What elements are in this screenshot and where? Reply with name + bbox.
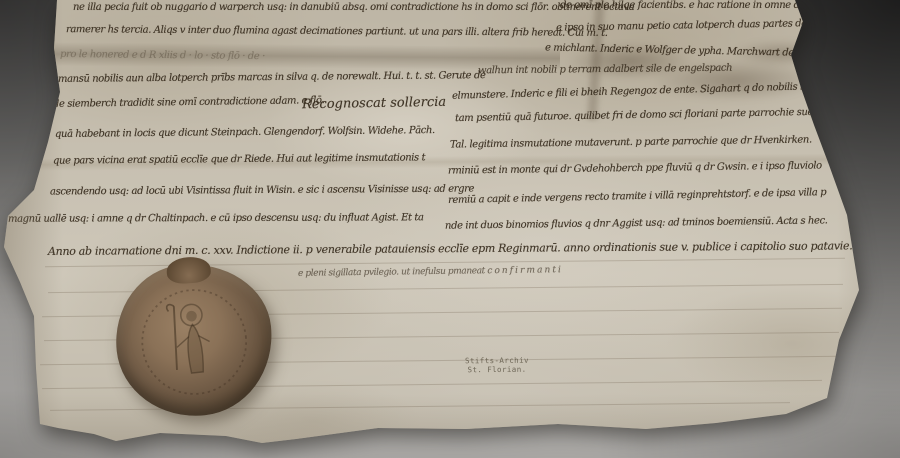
- script-line: que pars vicina erat spatiū ecclīe que d…: [53, 152, 425, 166]
- parchment-charter: ne illa pecia fuit ob nuggario d warperc…: [0, 0, 900, 458]
- script-line: ascendendo usq: ad locū ubi Visintissa f…: [50, 184, 474, 198]
- script-line: walhun int nobili p terram adalbert sile…: [478, 63, 732, 77]
- script-line: de omī ple hilqe facientibs. e hac ratio…: [560, 0, 839, 11]
- wax-seal-inner-disc: [129, 277, 258, 403]
- script-line: nde int duos binomios fluvios q dnr Aggi…: [445, 215, 828, 231]
- archive-stamp-line2: St. Florian.: [452, 365, 542, 375]
- script-line: e pleni sigillata pvilegio. ut inefulsu …: [298, 265, 561, 279]
- parchment-wrapper: ne illa pecia fuit ob nuggario d warperc…: [0, 0, 900, 458]
- archive-stamp-line1: Stifts-Archiv: [452, 356, 542, 366]
- crease-shadow: [584, 0, 608, 120]
- script-line: ne illa pecia fuit ob nuggario d warperc…: [73, 2, 634, 13]
- script-line: quā habebant in locis que dicunt Steinpa…: [55, 125, 435, 140]
- wax-seal: [108, 256, 279, 423]
- script-line: Anno ab incarnatione dni m. c. xxv. Indi…: [48, 239, 889, 258]
- script-line: tam psentiū quā futuroe. quilibet fri de…: [455, 107, 813, 124]
- script-line: de siemberch tradidit sine omī contradic…: [53, 95, 325, 110]
- script-line: mansū nobilis aun alba lotperch prībs ma…: [58, 70, 486, 85]
- script-line-large: Recognoscat sollercia: [302, 95, 446, 113]
- script-line: pro le honered e d R xliis d · lo · sto …: [60, 49, 265, 62]
- script-line: Tal. legitima insmutatione mutaverunt. p…: [450, 134, 812, 150]
- script-line: magnū uallē usq: i amne q dr Chaltinpach…: [8, 212, 424, 224]
- script-line: e ipso in suo manu petio cata lotperch d…: [556, 17, 855, 33]
- archive-stamp: Stifts-Archiv St. Florian.: [452, 356, 542, 375]
- script-line: elmunstere. Inderic e fili ei bheih Rege…: [452, 81, 812, 101]
- script-line: remiū a capit e inde vergens recto trami…: [448, 187, 826, 206]
- photo-scene: ne illa pecia fuit ob nuggario d warperc…: [0, 0, 900, 458]
- script-line: rminiū est in monte qui dr Gvdehohberch …: [448, 160, 822, 176]
- script-line: ramerer hs tercia. Aliqs v inter duo flu…: [66, 24, 608, 39]
- script-line: e michlant. Inderic e Wolfger de ypha. M…: [545, 42, 794, 58]
- bishop-figure-icon: [129, 277, 259, 407]
